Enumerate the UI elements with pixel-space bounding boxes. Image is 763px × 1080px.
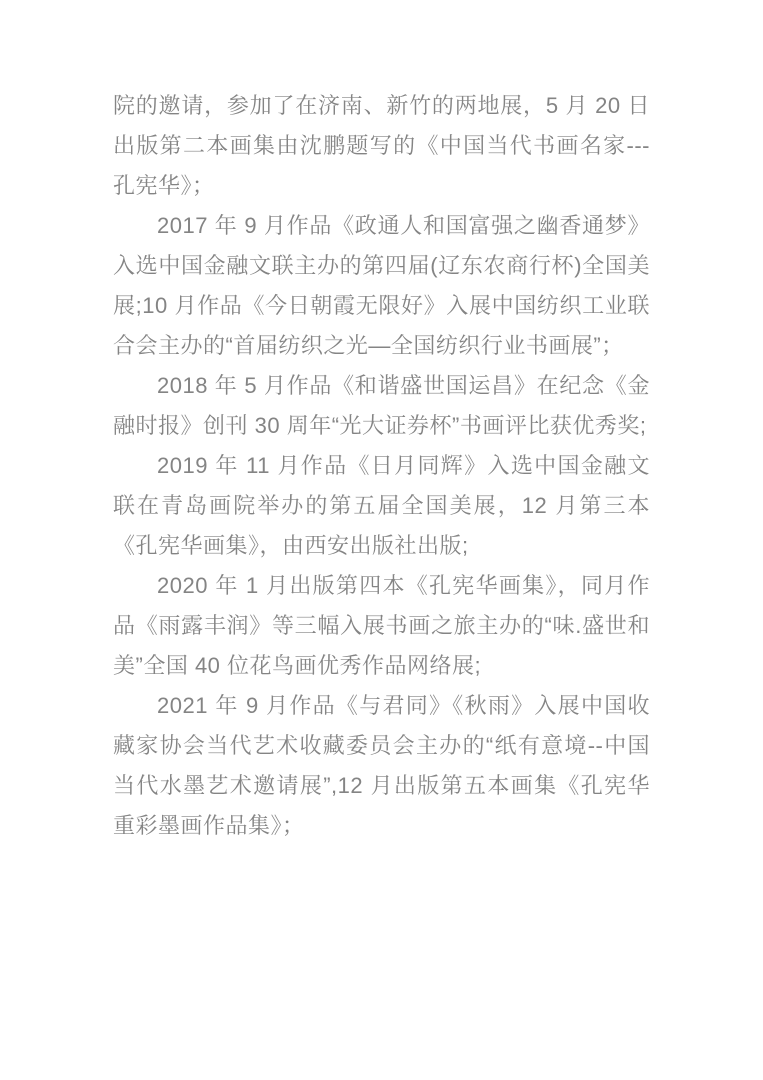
paragraph-2021: 2021 年 9 月作品《与君同》《秋雨》入展中国收藏家协会当代艺术收藏委员会主…	[113, 686, 650, 846]
document-page: 院的邀请，参加了在济南、新竹的两地展，5 月 20 日 出版第二本画集由沈鹏题写…	[0, 0, 763, 1080]
paragraph-intro-continuation: 院的邀请，参加了在济南、新竹的两地展，5 月 20 日 出版第二本画集由沈鹏题写…	[113, 86, 650, 206]
paragraph-2019: 2019 年 11 月作品《日月同辉》入选中国金融文联在青岛画院举办的第五届全国…	[113, 446, 650, 566]
document-text-block: 院的邀请，参加了在济南、新竹的两地展，5 月 20 日 出版第二本画集由沈鹏题写…	[113, 86, 650, 846]
paragraph-2017: 2017 年 9 月作品《政通人和国富强之幽香通梦》入选中国金融文联主办的第四届…	[113, 206, 650, 366]
paragraph-2020: 2020 年 1 月出版第四本《孔宪华画集》，同月作品《雨露丰润》等三幅入展书画…	[113, 566, 650, 686]
paragraph-2018: 2018 年 5 月作品《和谐盛世国运昌》在纪念《金融时报》创刊 30 周年“光…	[113, 366, 650, 446]
